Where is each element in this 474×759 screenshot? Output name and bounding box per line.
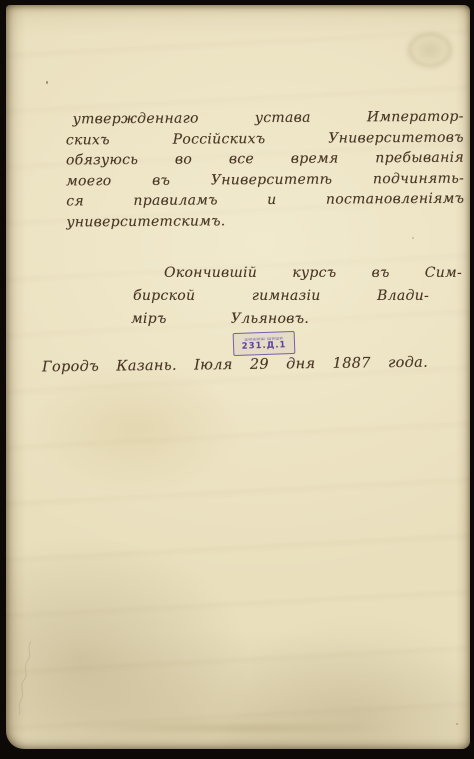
- paper-crease: [36, 721, 436, 735]
- signature-line-2: бирской гимназіи Влади-: [133, 286, 429, 306]
- ink-speck: [412, 237, 414, 239]
- handwritten-line-6: университетскимъ.: [66, 210, 464, 233]
- embossed-seal: [398, 25, 462, 75]
- ink-speck: [456, 723, 458, 725]
- signature-line-1: Окончившій курсъ въ Сим-: [164, 263, 462, 283]
- scanned-document-photo: утвержденнаго устава Император- скихъ Ро…: [0, 0, 474, 759]
- archive-stamp: шишиш шиши 231.Д.1: [233, 331, 296, 356]
- handwritten-line-2: скихъ Россійскихъ Университетовъ: [66, 127, 464, 150]
- signature-line-3: міръ Ульяновъ.: [131, 309, 309, 329]
- handwritten-line-5: ся правиламъ и постановленіямъ: [66, 189, 464, 212]
- ink-speck: [46, 81, 48, 84]
- faint-pencil-mark: [12, 637, 38, 717]
- handwritten-line-1: утвержденнаго устава Император-: [66, 107, 464, 130]
- document-page: утвержденнаго устава Император- скихъ Ро…: [6, 5, 470, 749]
- stamp-number: 231.Д.1: [242, 341, 287, 352]
- pledge-paragraph: утвержденнаго устава Император- скихъ Ро…: [66, 107, 465, 233]
- place-date-line: Городъ Казань. Іюля 29 дня 1887 года.: [42, 353, 428, 379]
- handwritten-line-4: моего въ Университетѣ подчинять-: [66, 168, 464, 191]
- handwritten-line-3: обязуюсь во все время пребыванія: [66, 148, 464, 171]
